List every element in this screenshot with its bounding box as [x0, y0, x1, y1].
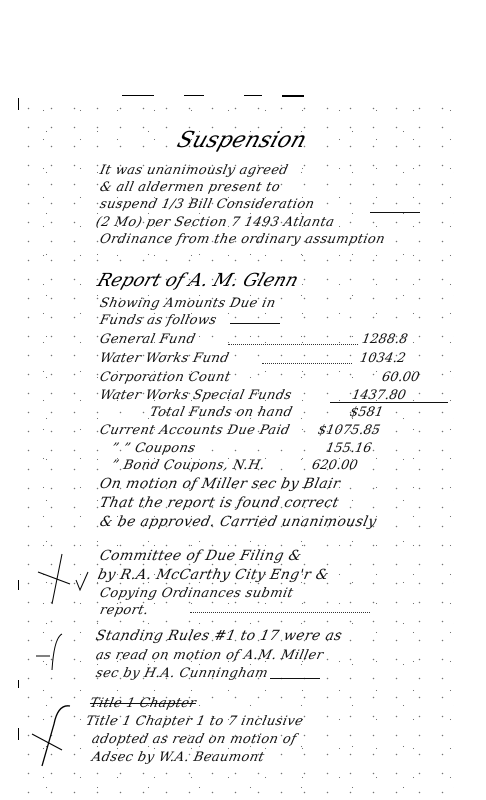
check-mark-icon [28, 700, 88, 770]
opening-line: Ordinance from the ordinary assumption [98, 232, 386, 247]
title-chapter-line: Title 1 Chapter 1 to 7 inclusive [84, 714, 304, 729]
report-item-label: General Fund [98, 332, 196, 347]
underline [370, 212, 420, 213]
page-heading: Suspension [174, 128, 310, 153]
title-chapter-line: Adsec by W.A. Beaumont [90, 750, 265, 765]
report-subtitle: Showing Amounts Due in [98, 296, 277, 311]
report-total-amount: $581 [349, 405, 385, 420]
outstanding-amount: 620.00 [311, 458, 359, 473]
flourish-line [270, 678, 320, 679]
opening-line: It was unanimously agreed [98, 163, 289, 178]
flourish-line [230, 323, 280, 324]
dot-leader [262, 363, 352, 364]
outstanding-amount: $1075.85 [317, 423, 382, 438]
committee-line: report. [98, 603, 150, 618]
outstanding-label: Current Accounts Due Paid [98, 423, 291, 438]
outstanding-amount: 155.16 [325, 441, 373, 456]
title-chapter-line: adopted as read on motion of [90, 732, 297, 747]
standing-rules-line: Standing Rules #1 to 17 were as [94, 628, 343, 644]
committee-line: Copying Ordinances submit [98, 586, 294, 601]
page-left-edge [18, 98, 19, 110]
motion-line: & be approved. Carried unanimously [98, 514, 378, 530]
report-item-label: Water Works Special Funds [98, 388, 293, 403]
report-item-label: Water Works Fund [98, 351, 230, 366]
page-left-edge [18, 580, 19, 590]
scanned-document-page: Suspension It was unanimously agreed & a… [0, 0, 486, 800]
report-subtitle: Funds as follows [98, 313, 218, 328]
check-mark-icon [30, 630, 80, 680]
page-top-edge [184, 95, 204, 96]
standing-rules-line: sec by H.A. Cunningham [94, 666, 269, 681]
report-item-amount: 1437.80 [351, 388, 407, 403]
struck-line: Title 1 Chapter [88, 696, 197, 711]
outstanding-label: ” ” Coupons [110, 441, 196, 456]
standing-rules-line: as read on motion of A.M. Miller [94, 648, 324, 663]
report-item-amount: 1034.2 [359, 351, 407, 366]
committee-line: Committee of Due Filing & [98, 548, 303, 564]
page-left-edge [18, 728, 19, 740]
opening-line: suspend 1/3 Bill Consideration [98, 197, 316, 212]
motion-line: On motion of Miller sec by Blair [98, 476, 341, 492]
sum-rule [330, 402, 448, 403]
report-item-label: Corporation Count [98, 370, 232, 385]
report-item-amount: 1288.8 [361, 332, 409, 347]
report-title: Report of A. M. Glenn [95, 270, 301, 291]
dot-leader [190, 612, 370, 613]
page-left-edge [18, 680, 19, 688]
page-top-edge [244, 95, 262, 96]
opening-line: (2 Mo) per Section 7 1493 Atlanta [94, 215, 335, 230]
report-item-amount: 60.00 [381, 370, 421, 385]
motion-line: That the report is found correct [98, 495, 340, 511]
page-top-edge [282, 95, 304, 97]
dot-leader [228, 344, 358, 345]
committee-line: by R.A. McCarthy City Eng'r & [96, 567, 330, 583]
page-top-edge [122, 95, 154, 96]
check-mark-icon [30, 550, 90, 610]
outstanding-label: ” Bond Coupons, N.H. [110, 458, 266, 473]
opening-line: & all aldermen present to [98, 180, 281, 195]
report-total-label: Total Funds on hand [148, 405, 294, 420]
